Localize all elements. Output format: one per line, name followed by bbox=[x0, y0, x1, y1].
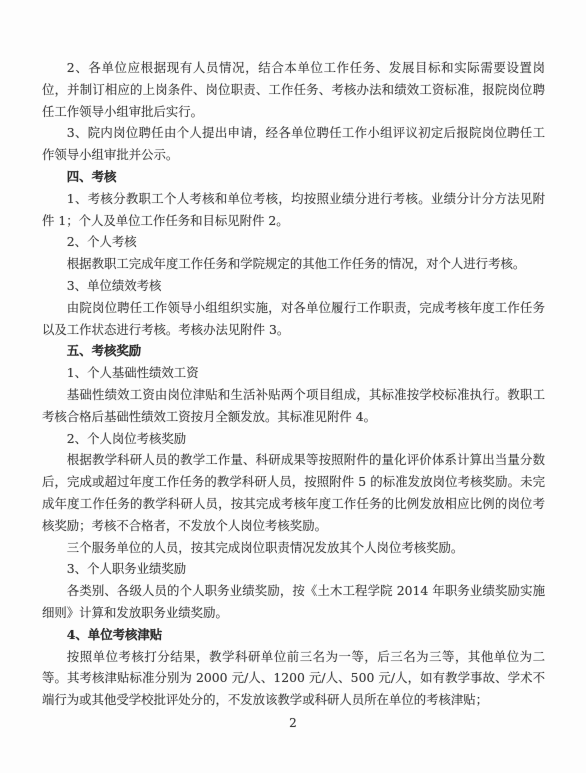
section-heading: 4、单位考核津贴 bbox=[42, 624, 545, 646]
section-heading: 四、考核 bbox=[42, 166, 545, 188]
paragraph: 由院岗位聘任工作领导小组组织实施，对各单位履行工作职责，完成考核年度工作任务以及… bbox=[42, 297, 545, 341]
paragraph: 3、个人职务业绩奖励 bbox=[42, 558, 545, 580]
paragraph: 2、个人考核 bbox=[42, 231, 545, 253]
paragraph: 2、个人岗位考核奖励 bbox=[42, 428, 545, 450]
section-heading: 五、考核奖励 bbox=[42, 340, 545, 362]
paragraph: 3、院内岗位聘任由个人提出申请，经各单位聘任工作小组评议初定后报院岗位聘任工作领… bbox=[42, 122, 545, 166]
paragraph: 三个服务单位的人员，按其完成岗位职责情况发放其个人岗位考核奖励。 bbox=[42, 537, 545, 559]
paragraph: 根据教学科研人员的教学工作量、科研成果等按照附件的量化评价体系计算出当量分数后，… bbox=[42, 449, 545, 536]
document-body: 2、各单位应根据现有人员情况，结合本单位工作任务、发展目标和实际需要设置岗位，并… bbox=[42, 57, 545, 711]
paragraph: 2、各单位应根据现有人员情况，结合本单位工作任务、发展目标和实际需要设置岗位，并… bbox=[42, 57, 545, 122]
paragraph: 1、个人基础性绩效工资 bbox=[42, 362, 545, 384]
paragraph: 1、考核分教职工个人考核和单位考核，均按照业绩分进行考核。业绩分计分方法见附件 … bbox=[42, 188, 545, 232]
paragraph: 各类别、各级人员的个人职务业绩奖励，按《土木工程学院 2014 年职务业绩奖励实… bbox=[42, 580, 545, 624]
document-page: 2、各单位应根据现有人员情况，结合本单位工作任务、发展目标和实际需要设置岗位，并… bbox=[0, 0, 586, 773]
paragraph: 基础性绩效工资由岗位津贴和生活补贴两个项目组成，其标准按学校标准执行。教职工考核… bbox=[42, 384, 545, 428]
page-number: 2 bbox=[0, 716, 586, 730]
paragraph: 按照单位考核打分结果，教学科研单位前三名为一等，后三名为三等，其他单位为二等。其… bbox=[42, 646, 545, 711]
paragraph: 根据教职工完成年度工作任务和学院规定的其他工作任务的情况，对个人进行考核。 bbox=[42, 253, 545, 275]
paragraph: 3、单位绩效考核 bbox=[42, 275, 545, 297]
